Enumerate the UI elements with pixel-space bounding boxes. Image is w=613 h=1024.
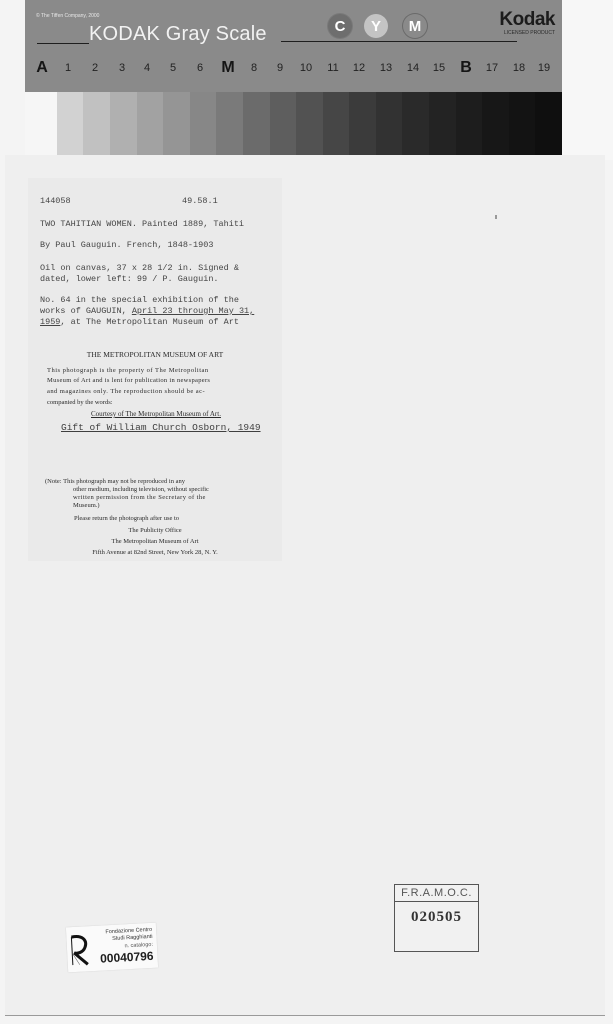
gray-patch xyxy=(57,92,84,155)
note-text: written permission from the Secretary of… xyxy=(73,494,206,501)
paper-mark xyxy=(495,215,497,219)
step-label: 5 xyxy=(170,62,176,74)
publicity-office: The Publicity Office xyxy=(28,527,282,534)
gray-patch xyxy=(349,92,376,155)
background xyxy=(562,0,613,160)
step-label: 3 xyxy=(119,62,125,74)
step-label: 14 xyxy=(407,62,419,74)
ragghianti-logo-icon xyxy=(68,932,92,967)
gray-patch xyxy=(509,92,536,155)
gray-patch xyxy=(216,92,243,155)
credit-line: Gift of William Church Osborn, 1949 xyxy=(61,422,261,433)
gray-patch xyxy=(296,92,323,155)
step-labels: A 1 2 3 4 5 6 M 8 9 10 11 12 13 14 15 B … xyxy=(25,62,562,82)
exhibition-year: 1959 xyxy=(40,317,60,327)
step-label: 17 xyxy=(486,62,498,74)
step-label: 13 xyxy=(380,62,392,74)
return-instruction: Please return the photograph after use t… xyxy=(74,515,179,522)
gray-patch xyxy=(25,92,57,155)
exhibition-venue-text: , at The Metropolitan Museum of Art xyxy=(60,317,239,327)
museum-address: Fifth Avenue at 82nd Street, New York 28… xyxy=(28,549,282,556)
step-label: B xyxy=(460,59,472,77)
signature-line: dated, lower left: 99 / P. Gauguin. xyxy=(40,274,219,285)
gray-patch xyxy=(482,92,509,155)
courtesy-line: Courtesy of The Metropolitan Museum of A… xyxy=(91,410,221,418)
gray-scale-title: KODAK Gray Scale xyxy=(89,23,267,46)
property-text: This photograph is the property of The M… xyxy=(47,367,209,374)
note-text: other medium, including television, with… xyxy=(73,486,209,493)
gray-patch xyxy=(535,92,562,155)
gray-patch xyxy=(456,92,483,155)
sticker-catalog-number: 00040796 xyxy=(100,949,154,966)
museum-name: The Metropolitan Museum of Art xyxy=(28,538,282,545)
step-label: 12 xyxy=(353,62,365,74)
step-label: 6 xyxy=(197,62,203,74)
title-rule-left xyxy=(37,43,89,44)
title-rule-right xyxy=(281,41,517,42)
kodak-logo: Kodak LICENSED PRODUCT xyxy=(490,10,555,36)
magenta-dot-icon: M xyxy=(403,14,427,38)
artist-line: By Paul Gauguin. French, 1848-1903 xyxy=(40,240,213,251)
artwork-title: TWO TAHITIAN WOMEN. Painted 1889, Tahiti xyxy=(40,219,244,230)
step-label: 9 xyxy=(277,62,283,74)
step-label: 15 xyxy=(433,62,445,74)
step-label: 19 xyxy=(538,62,550,74)
gray-patch xyxy=(429,92,456,155)
step-label: A xyxy=(36,59,48,77)
museum-heading: THE METROPOLITAN MUSEUM OF ART xyxy=(28,350,282,359)
stamp-heading: F.R.A.M.O.C. xyxy=(395,885,478,902)
brand-subtitle: LICENSED PRODUCT xyxy=(490,30,555,36)
gray-patch xyxy=(137,92,164,155)
gray-patch xyxy=(402,92,429,155)
property-text: companied by the words: xyxy=(47,399,113,406)
exhibition-line: No. 64 in the special exhibition of the xyxy=(40,295,239,306)
step-label: M xyxy=(221,59,234,77)
cyan-dot-icon: C xyxy=(328,14,352,38)
gray-patch xyxy=(110,92,137,155)
step-label: 8 xyxy=(251,62,257,74)
accession-number: 144058 xyxy=(40,196,71,207)
property-text: and magazines only. The reproduction sho… xyxy=(47,388,205,395)
step-label: 1 xyxy=(65,62,71,74)
step-label: 11 xyxy=(327,62,338,74)
medium-line: Oil on canvas, 37 x 28 1/2 in. Signed & xyxy=(40,263,239,274)
brand-name: Kodak xyxy=(490,10,555,30)
gray-patch xyxy=(270,92,297,155)
step-label: 4 xyxy=(144,62,150,74)
copyright-text: © The Tiffen Company, 2000 xyxy=(36,13,99,19)
step-label: 2 xyxy=(92,62,98,74)
gray-patch xyxy=(376,92,403,155)
stamp-number: 020505 xyxy=(395,909,478,926)
sticker-foundation-name: Studi Ragghianti xyxy=(112,934,153,942)
catalog-sticker: Fondazione Centro Studi Ragghianti n. ca… xyxy=(66,923,158,973)
exhibition-dates-underlined: April 23 through May 31, xyxy=(132,306,254,316)
exhibition-text: works of GAUGUIN, xyxy=(40,306,132,316)
museum-caption-label: 144058 49.58.1 TWO TAHITIAN WOMEN. Paint… xyxy=(28,178,282,561)
exhibition-venue: 1959, at The Metropolitan Museum of Art xyxy=(40,317,239,328)
gray-patches xyxy=(25,92,562,155)
gray-patch xyxy=(243,92,270,155)
yellow-dot-icon: Y xyxy=(364,14,388,38)
framoc-stamp: F.R.A.M.O.C. 020505 xyxy=(394,884,479,952)
gray-patch xyxy=(190,92,217,155)
note-text: (Note: This photograph may not be reprod… xyxy=(45,478,185,485)
exhibition-dates: works of GAUGUIN, April 23 through May 3… xyxy=(40,306,254,317)
property-text: Museum of Art and is lent for publicatio… xyxy=(47,377,210,384)
catalog-number: 49.58.1 xyxy=(182,196,218,207)
gray-patch xyxy=(83,92,110,155)
step-label: 18 xyxy=(513,62,525,74)
step-label: 10 xyxy=(300,62,312,74)
gray-patch xyxy=(163,92,190,155)
note-text: Museum.) xyxy=(73,502,100,509)
gray-patch xyxy=(323,92,350,155)
kodak-gray-scale-chart: © The Tiffen Company, 2000 KODAK Gray Sc… xyxy=(25,0,562,155)
